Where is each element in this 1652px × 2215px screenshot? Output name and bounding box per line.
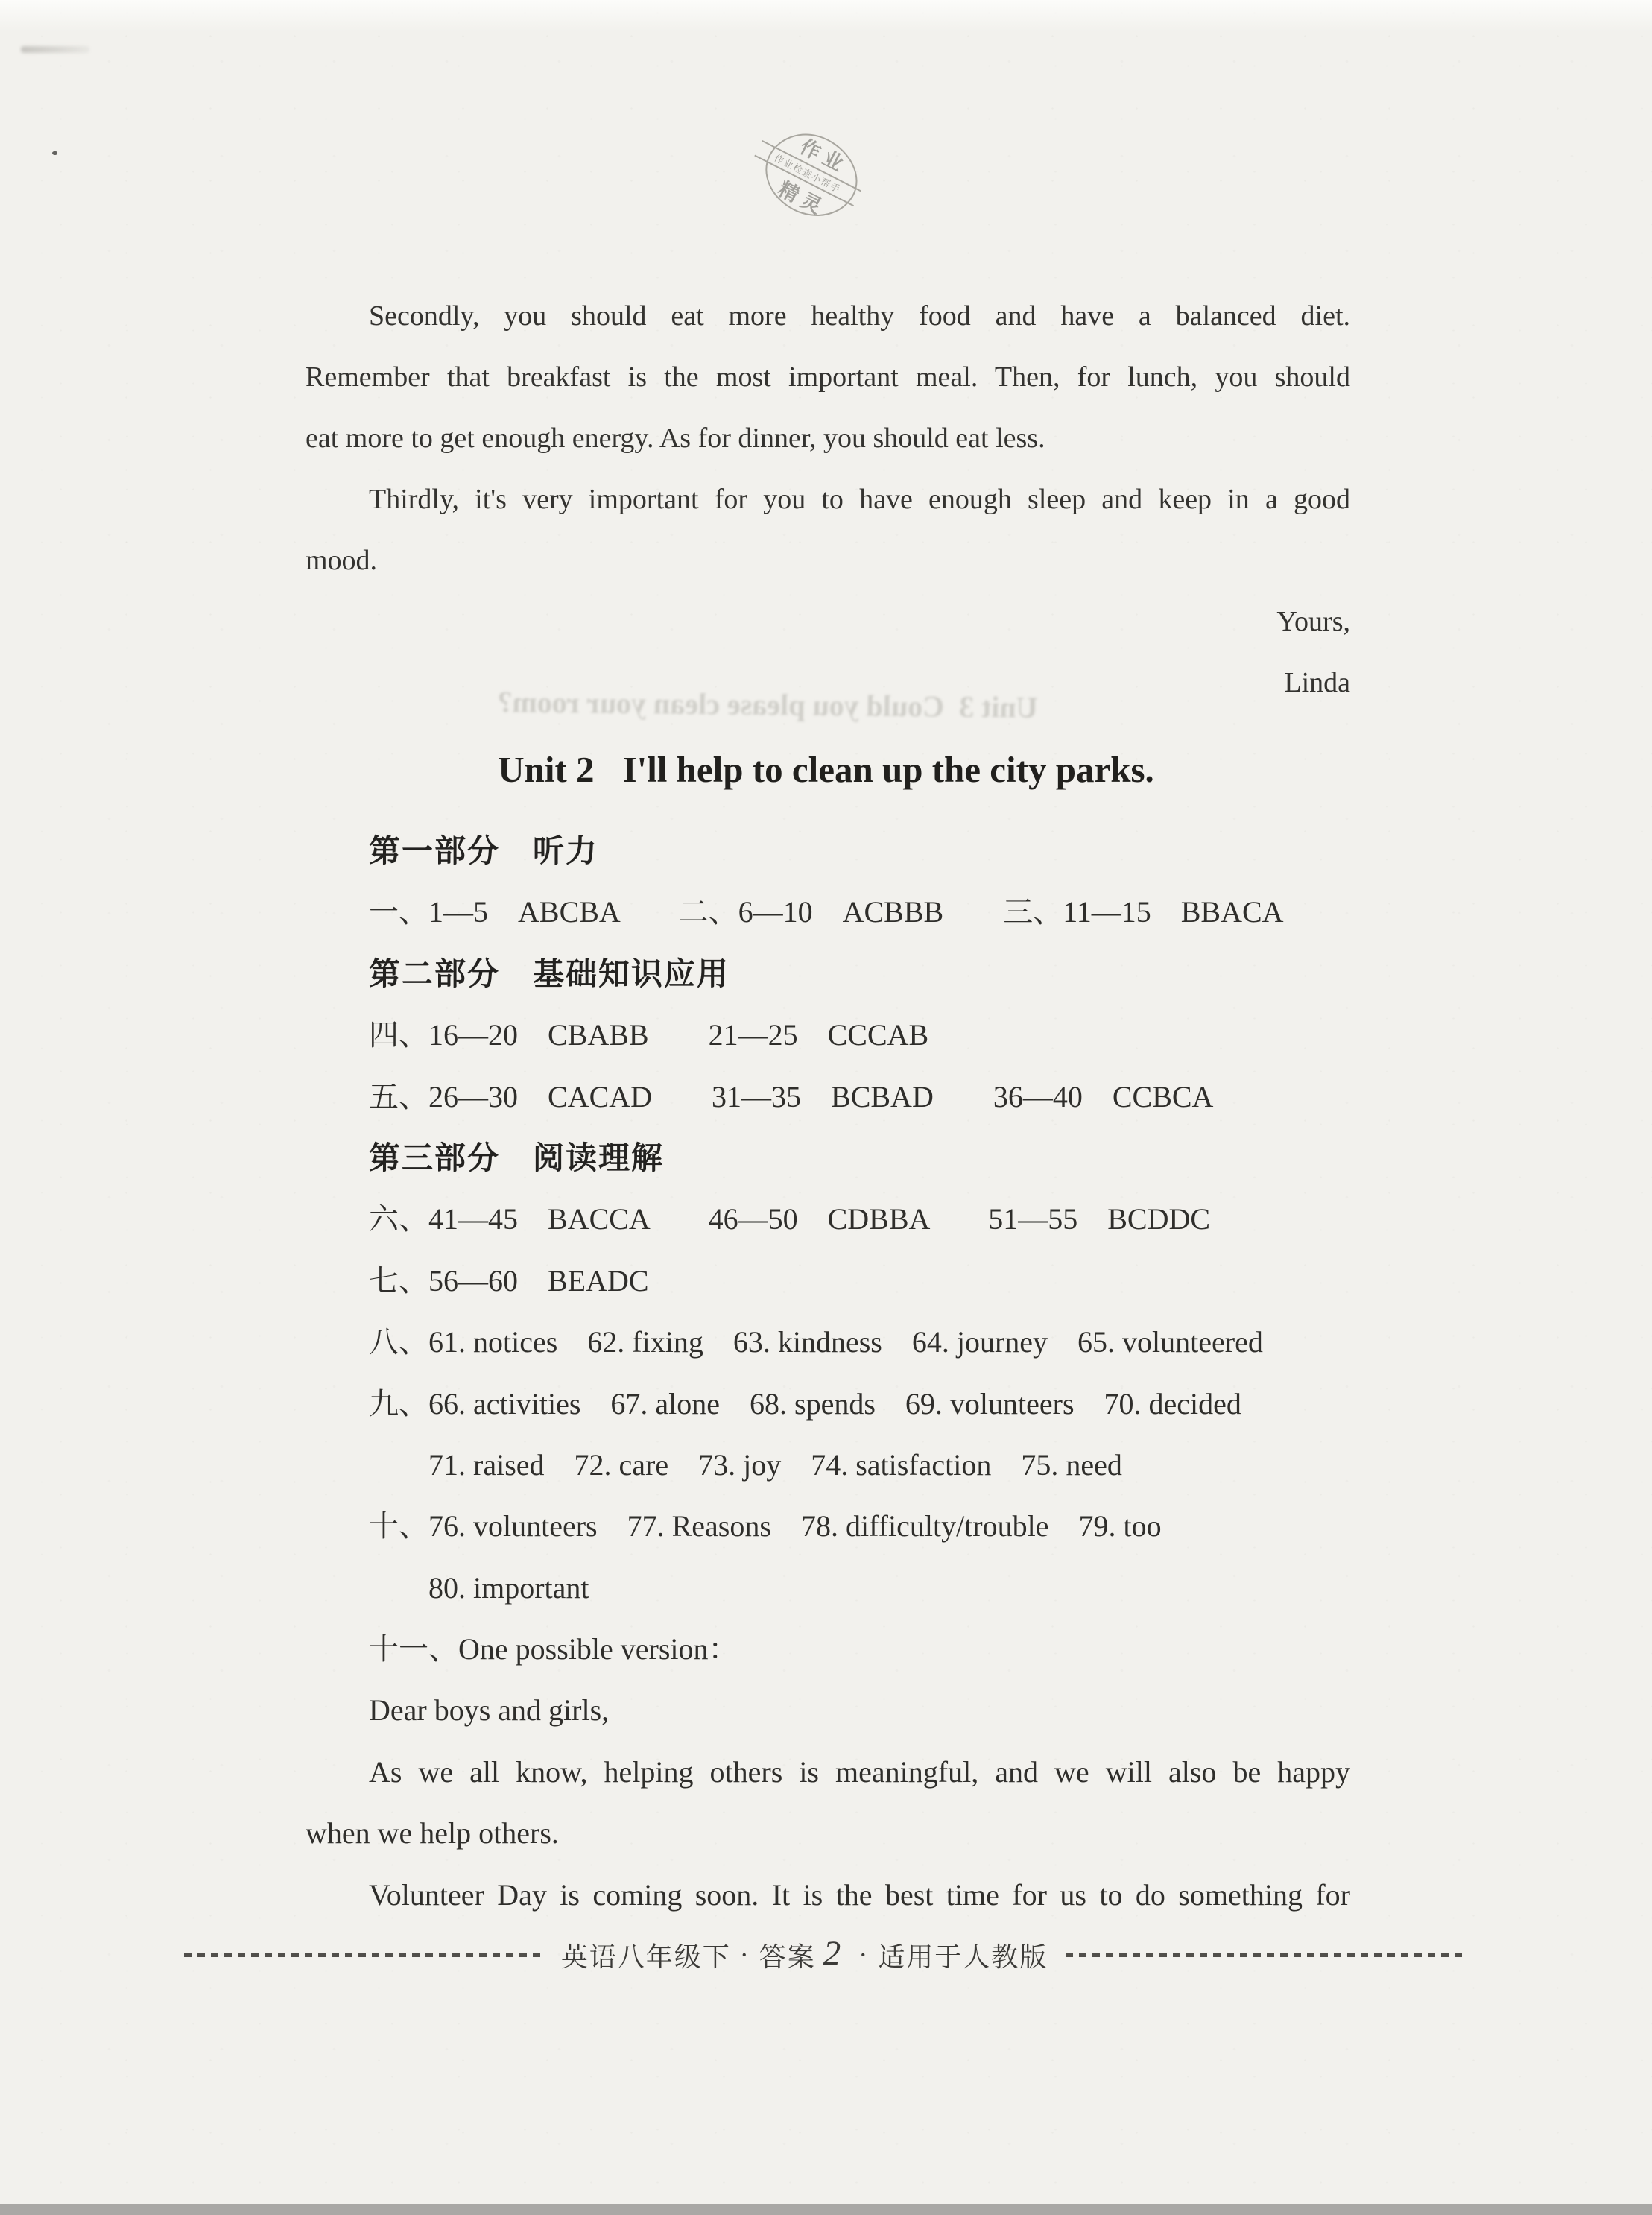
answer-line-listening: 一、1—5 ABCBA 二、6—10 ACBBB 三、11—15 BBACA xyxy=(306,882,1350,943)
letter-line: Secondly, you should eat more healthy fo… xyxy=(306,285,1350,347)
letter-line: Thirdly, it's very important for you to … xyxy=(306,469,1350,530)
essay-line: when we help others. xyxy=(306,1803,1350,1864)
answer-line-section9-cont: 71. raised 72. care 73. joy 74. satisfac… xyxy=(306,1435,1350,1496)
scan-smudge xyxy=(21,46,89,53)
answer-line-section10-cont: 80. important xyxy=(306,1558,1350,1619)
letter-signoff: Yours, xyxy=(306,591,1350,652)
footer-page-number: 2 xyxy=(823,1933,843,1974)
footer-dash-left xyxy=(184,1953,543,1957)
homework-spirit-stamp: 作业 作业检查小帮手 精灵 xyxy=(752,119,871,232)
answer-line-section5: 五、26—30 CACAD 31—35 BCBAD 36—40 CCBCA xyxy=(306,1067,1350,1128)
essay-salutation: Dear boys and girls, xyxy=(306,1680,1350,1741)
letter-line: eat more to get enough energy. As for di… xyxy=(306,408,1350,469)
essay-line: As we all know, helping others is meanin… xyxy=(306,1742,1350,1803)
footer-answer-label: 答案 xyxy=(759,1936,816,1974)
unit-title: Unit 2I'll help to clean up the city par… xyxy=(0,739,1652,800)
scan-edge-bar xyxy=(0,2204,1652,2215)
answer-line-section9: 九、66. activities 67. alone 68. spends 69… xyxy=(306,1374,1350,1435)
letter-line: Remember that breakfast is the most impo… xyxy=(306,347,1350,408)
unit-title-text: I'll help to clean up the city parks. xyxy=(623,749,1154,790)
scan-speck xyxy=(52,151,57,155)
footer-text: 英语八年级下 · 答案 2 · 适用于人教版 xyxy=(561,1935,1048,1975)
bleed-through-text: Unit 3 Could you please clean your room? xyxy=(406,683,1130,736)
scan-top-edge xyxy=(0,0,1652,31)
answer-line-section4: 四、16—20 CBABB 21—25 CCCAB xyxy=(306,1005,1350,1066)
answer-line-section11: 十一、One possible version： xyxy=(306,1619,1350,1680)
letter-ending-section: Secondly, you should eat more healthy fo… xyxy=(306,285,1350,713)
answer-key-section: 第一部分 听力 一、1—5 ABCBA 二、6—10 ACBBB 三、11—15… xyxy=(306,821,1350,1926)
answer-line-section10: 十、76. volunteers 77. Reasons 78. difficu… xyxy=(306,1496,1350,1557)
part2-heading: 第二部分 基础知识应用 xyxy=(306,944,1350,1005)
letter-line: mood. xyxy=(306,530,1350,591)
footer-separator-dot: · xyxy=(858,1939,869,1971)
essay-line: Volunteer Day is coming soon. It is the … xyxy=(306,1865,1350,1926)
part3-heading: 第三部分 阅读理解 xyxy=(306,1128,1350,1189)
answer-line-section7: 七、56—60 BEADC xyxy=(306,1251,1350,1312)
footer-edition: 适用于人教版 xyxy=(878,1936,1048,1974)
answer-line-section6: 六、41—45 BACCA 46—50 CDBBA 51—55 BCDDC xyxy=(306,1189,1350,1250)
footer-separator-dot: · xyxy=(740,1939,750,1971)
footer-dash-right xyxy=(1066,1953,1468,1957)
scanned-answer-page: 作业 作业检查小帮手 精灵 Secondly, you should eat m… xyxy=(0,0,1652,2215)
page-footer: 英语八年级下 · 答案 2 · 适用于人教版 xyxy=(0,1935,1652,1975)
footer-book-title: 英语八年级下 xyxy=(561,1936,731,1974)
part1-heading: 第一部分 听力 xyxy=(306,821,1350,882)
answer-line-section8: 八、61. notices 62. fixing 63. kindness 64… xyxy=(306,1312,1350,1373)
unit-label: Unit 2 xyxy=(498,749,594,790)
